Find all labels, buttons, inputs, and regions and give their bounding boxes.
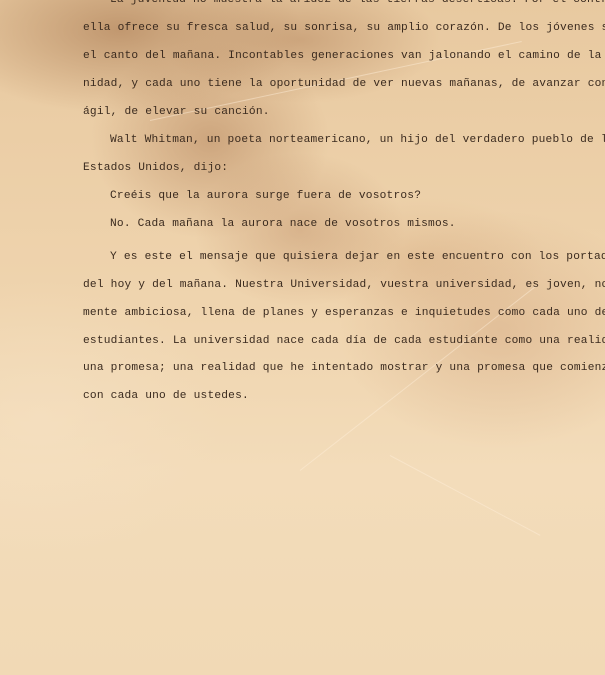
text-line: con cada uno de ustedes. — [83, 390, 249, 402]
text-line: No. Cada mañana la aurora nace de vosotr… — [110, 218, 456, 230]
text-line: nidad, y cada uno tiene la oportunidad d… — [83, 78, 605, 90]
text-line: Walt Whitman, un poeta norteamericano, u… — [110, 134, 605, 146]
text-line: el canto del mañana. Incontables generac… — [83, 50, 605, 62]
text-line: Estados Unidos, dijo: — [83, 162, 228, 174]
text-line: Creéis que la aurora surge fuera de voso… — [110, 190, 421, 202]
text-line: ella ofrece su fresca salud, su sonrisa,… — [83, 22, 605, 34]
text-line: mente ambiciosa, llena de planes y esper… — [83, 307, 605, 319]
text-line: Y es este el mensaje que quisiera dejar … — [110, 251, 605, 263]
text-line: estudiantes. La universidad nace cada dí… — [83, 335, 605, 347]
text-line: una promesa; una realidad que he intenta… — [83, 362, 605, 374]
text-line: del hoy y del mañana. Nuestra Universida… — [83, 279, 605, 291]
text-line: ágil, de elevar su canción. — [83, 106, 270, 118]
text-line: La juventud no muestra la aridez de las … — [110, 0, 605, 6]
